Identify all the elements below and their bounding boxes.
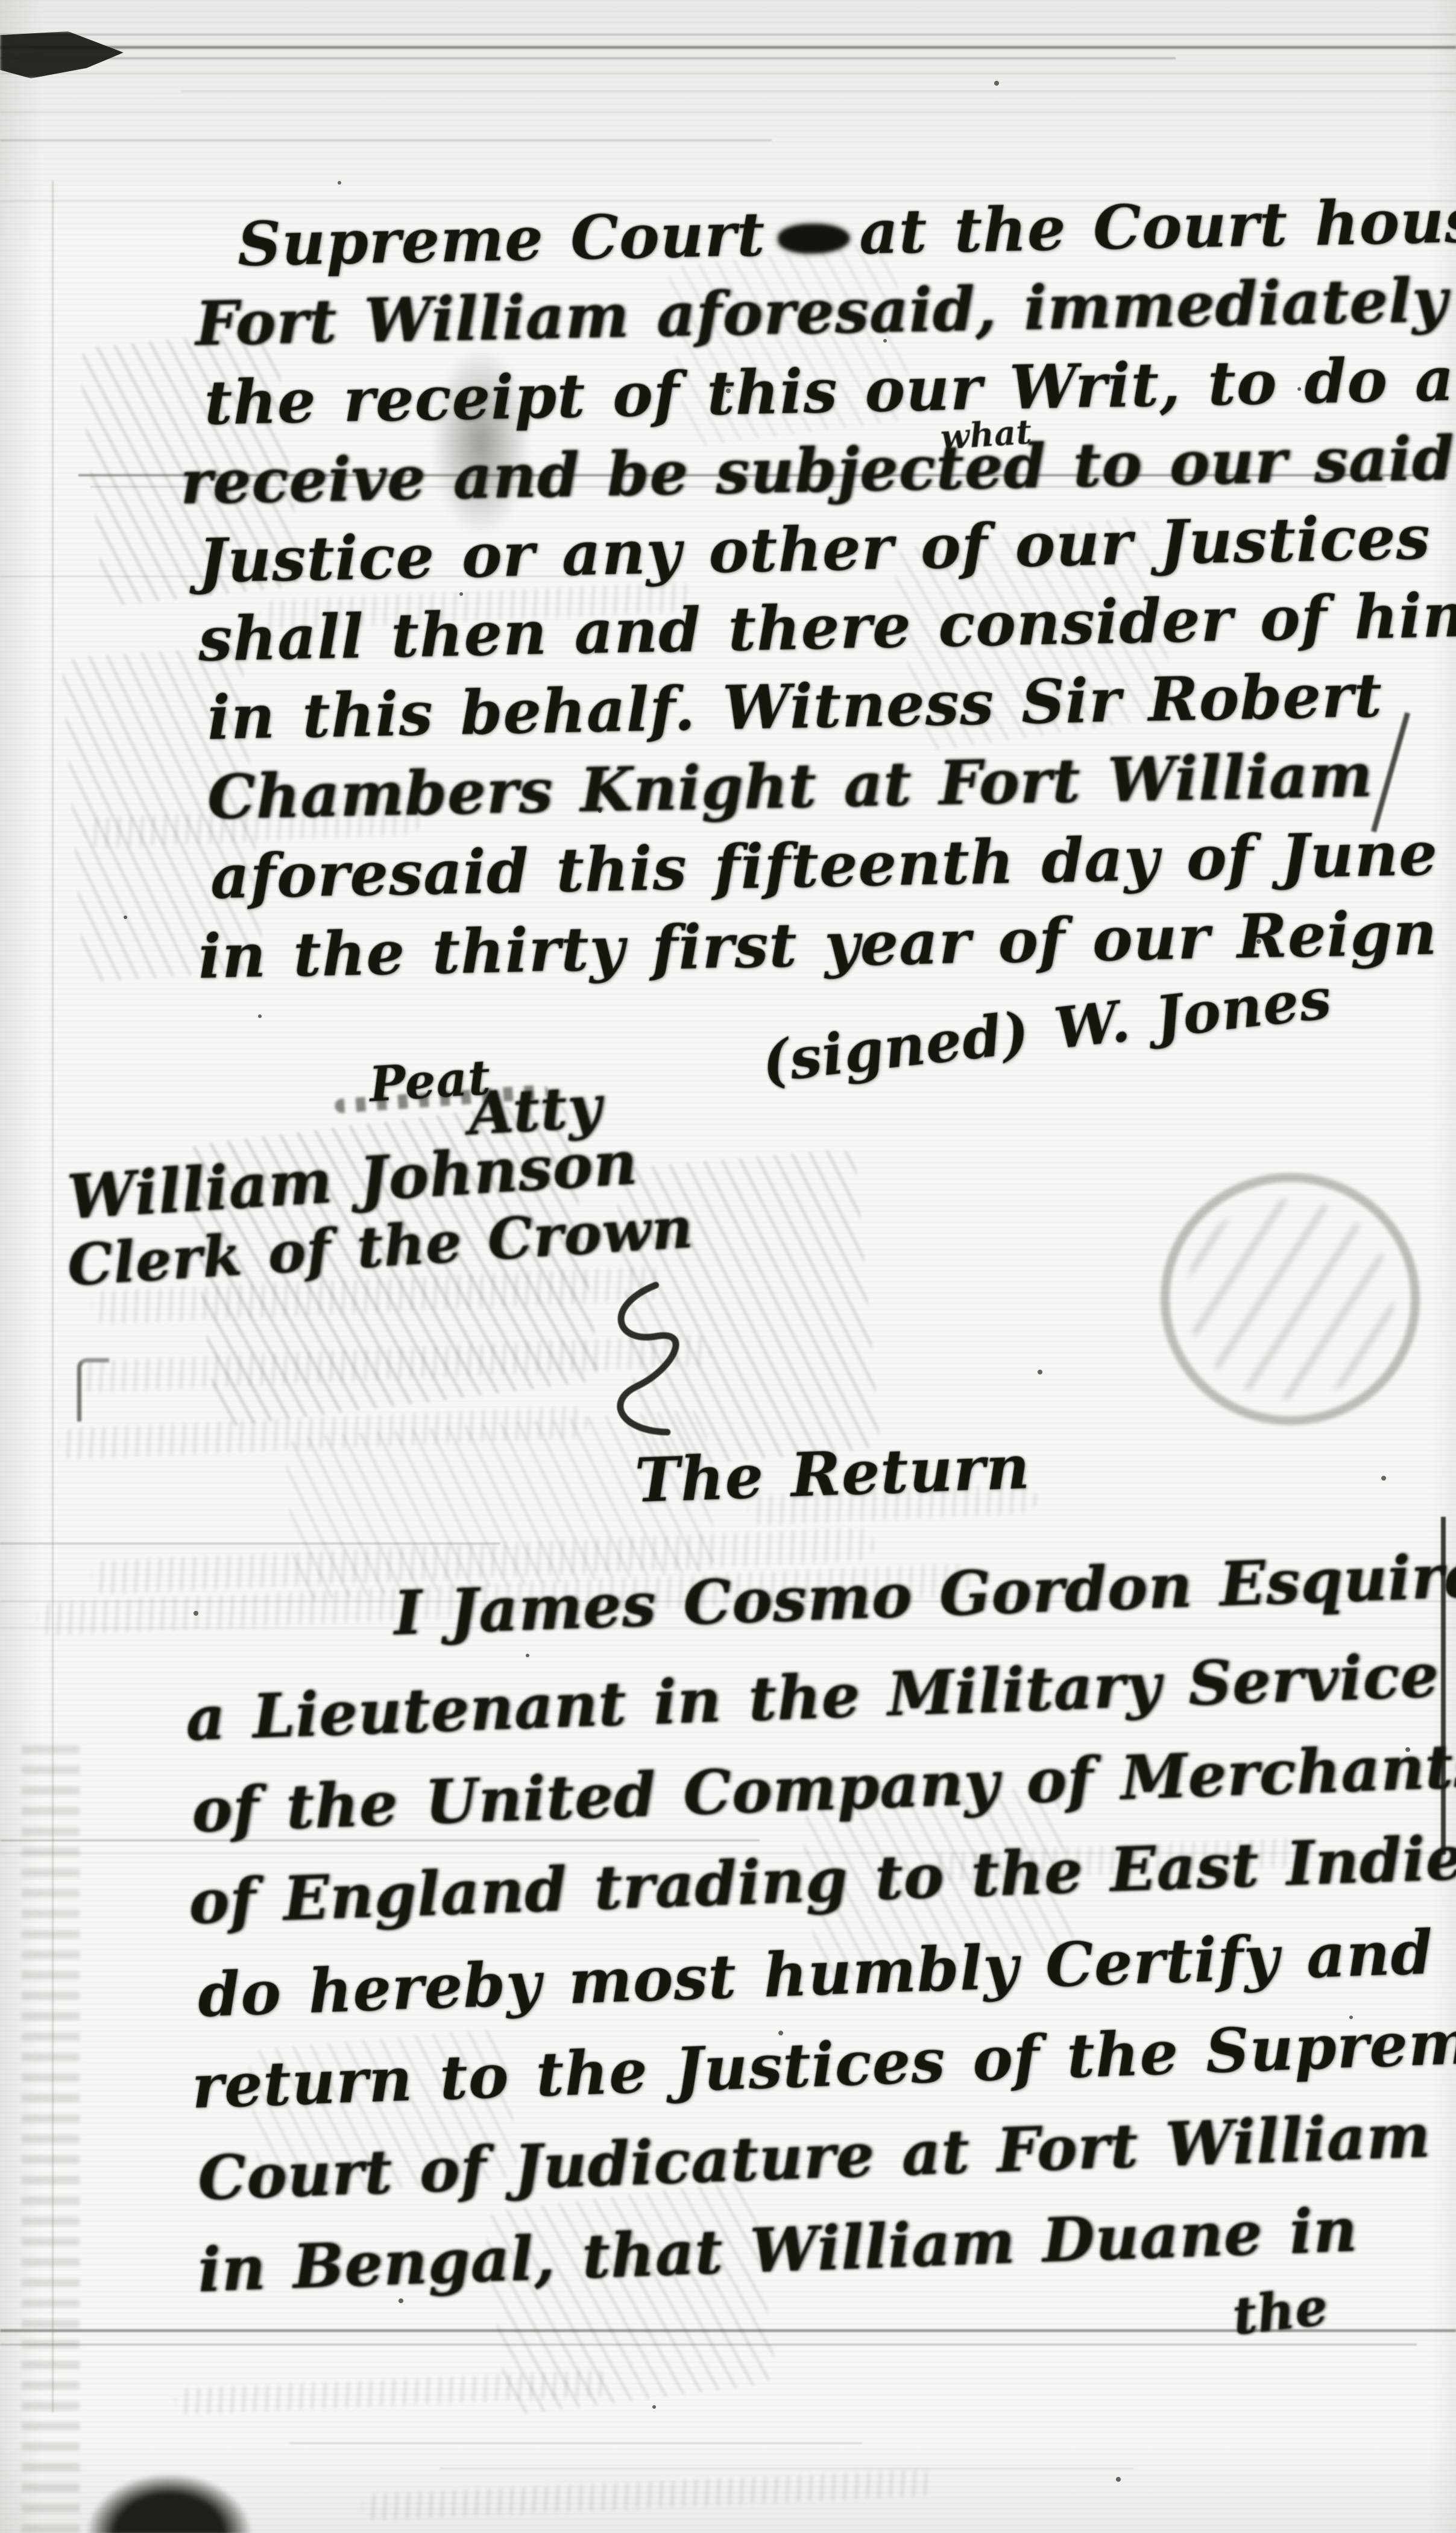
signed-label: (signed) — [758, 999, 1033, 1096]
scan-streak — [0, 57, 1176, 59]
scan-streak — [0, 112, 1456, 113]
scan-streak — [0, 73, 1456, 74]
return-line-5: do hereby most humbly Certify and — [197, 1922, 1434, 2025]
scan-streak — [0, 139, 772, 141]
writ-line-1-post: at the Court house at — [859, 182, 1456, 268]
return-line-2: a Lieutenant in the Military Service — [185, 1645, 1440, 1749]
ink-blot — [778, 224, 850, 254]
writ-line-3: the receipt of this our Writ, to do and — [204, 347, 1456, 433]
scan-streak — [440, 2468, 1133, 2469]
scan-streak — [181, 90, 1456, 92]
writ-line-4: receive and be subjected to our said — [180, 428, 1455, 513]
writ-line-2: Fort William aforesaid, immediately on — [195, 268, 1456, 354]
return-line-6: return to the Justices of the Supreme — [191, 2011, 1456, 2117]
interlinear-insertion: what — [939, 412, 1033, 458]
catchword: the — [1230, 2282, 1331, 2343]
scan-streak — [0, 1839, 760, 1841]
bleedthrough-writing — [361, 2469, 934, 2520]
seal-impression — [1161, 1173, 1420, 1425]
return-heading: The Return — [634, 1437, 1032, 1511]
scan-streak — [289, 2443, 862, 2444]
writ-line-5: Justice or any other of our Justices — [198, 507, 1431, 591]
scan-corner-blob — [0, 31, 124, 78]
ink-stain — [65, 2458, 273, 2533]
left-margin-mottling — [22, 1737, 80, 2533]
return-line-8: in Bengal, that William Duane in — [197, 2199, 1359, 2300]
signature-line: (signed) W. Jones — [759, 970, 1334, 1091]
writ-line-4-post: our said — [1168, 422, 1455, 499]
writ-line-8: Chambers Knight at Fort William — [207, 745, 1373, 827]
fold-line — [52, 181, 54, 2412]
writ-line-9: aforesaid this fifteenth day of June — [210, 823, 1439, 907]
scan-streak — [0, 46, 1456, 49]
scan-streak — [0, 34, 1456, 36]
scan-speckles — [0, 0, 4, 4]
manuscript-page: Supreme Courtat the Court house at Fort … — [0, 0, 1456, 2533]
writ-line-1-pre: Supreme Court — [237, 198, 766, 280]
writ-line-7: in this behalf. Witness Sir Robert — [207, 665, 1383, 748]
signature-w-jones: W. Jones — [1051, 965, 1335, 1063]
pen-flourish — [566, 1276, 713, 1449]
